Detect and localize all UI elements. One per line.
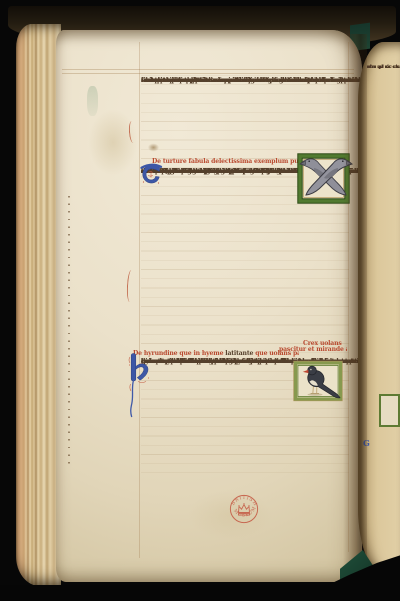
gutter-shadow — [343, 34, 367, 582]
miniature-swallow — [289, 355, 351, 407]
manuscript-photo: uiue ut nilo rapiat et compatis diaboli … — [0, 0, 400, 601]
prick-marks — [68, 196, 70, 468]
illuminated-initial-t — [139, 160, 163, 187]
background-bottom — [0, 585, 400, 601]
british-museum-stamp: BRITISH MUSEUM — [228, 493, 260, 525]
rubric-turtur: De turture fabula delectissima exemplum … — [152, 158, 304, 166]
ruling-horizontal-top2 — [62, 73, 354, 74]
page-edge-stack — [16, 24, 61, 586]
ruling-vertical-left — [139, 42, 140, 558]
margin-flourish — [128, 121, 137, 143]
illuminated-initial-h — [127, 351, 153, 419]
text-line: iam de bonis operibus faciat. ut gressus… — [141, 76, 261, 85]
text-ruling-lines — [141, 75, 349, 473]
background-left — [0, 0, 16, 601]
right-page-miniature-fragment — [379, 394, 400, 427]
ruling-horizontal-top — [62, 69, 354, 70]
right-page-text-line: nim qd sic oia plbs ut dne scd fiut alqd… — [367, 64, 400, 71]
